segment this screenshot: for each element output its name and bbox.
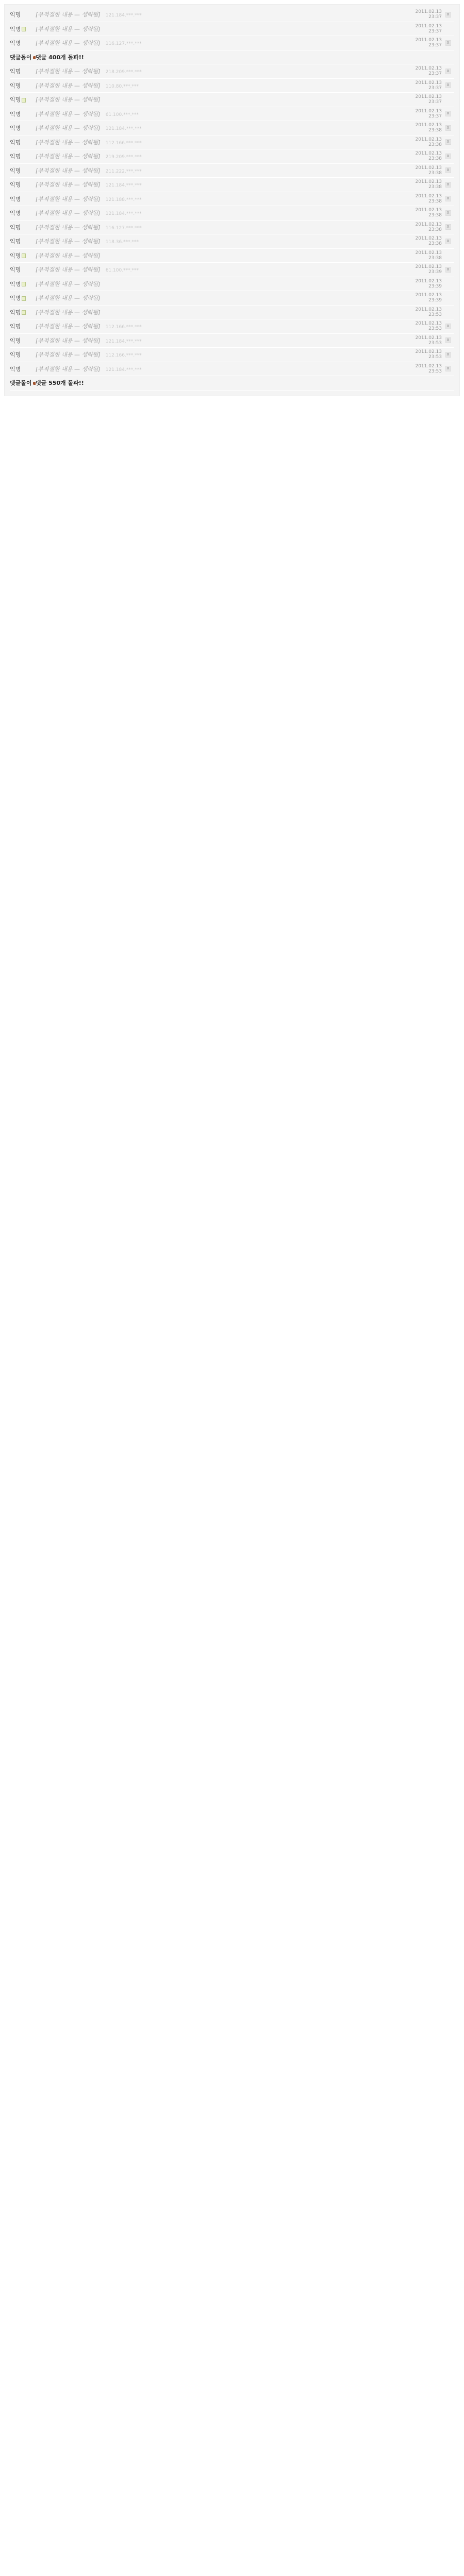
comment-row: 익명[부적절한 내용 — 생략됨]121.188.***.***2011.02.… [10, 192, 454, 207]
comment-body: [부적절한 내용 — 생략됨]116.127.***.*** [36, 223, 411, 231]
comment-date: 2011.02.13 23:53 [411, 335, 442, 346]
milestone-text: 댓글 400개 돌파!! [36, 53, 454, 61]
comment-body: [부적절한 내용 — 생략됨]218.209.***.*** [36, 67, 411, 75]
delete-comment-button[interactable]: x [442, 366, 454, 371]
comment-body: [부적절한 내용 — 생략됨]121.184.***.*** [36, 124, 411, 132]
delete-comment-button[interactable]: x [442, 337, 454, 343]
comment-nickname[interactable]: 익명 [10, 110, 36, 118]
comment-date: 2011.02.13 23:37 [411, 9, 442, 20]
gallog-icon[interactable] [22, 27, 26, 31]
comment-date: 2011.02.13 23:38 [411, 222, 442, 232]
comment-date: 2011.02.13 23:38 [411, 236, 442, 246]
comment-ip: 121.184.***.*** [106, 183, 142, 188]
comment-nickname[interactable]: 익명 [10, 67, 36, 75]
comment-ip: 116.127.***.*** [106, 226, 142, 231]
close-icon[interactable]: x [445, 167, 451, 173]
gallog-icon[interactable] [22, 310, 26, 315]
comment-nickname[interactable]: 익명 [10, 280, 36, 288]
comment-body: [부적절한 내용 — 생략됨]110.80.***.*** [36, 81, 411, 90]
comment-row: 익명[부적절한 내용 — 생략됨]118.36.***.***2011.02.1… [10, 234, 454, 249]
delete-comment-button[interactable]: x [442, 111, 454, 116]
comment-row: 익명[부적절한 내용 — 생략됨]2011.02.13 23:39 [10, 277, 454, 292]
comment-row: 익명[부적절한 내용 — 생략됨]2011.02.13 23:53 [10, 306, 454, 320]
comment-row: 익명[부적절한 내용 — 생략됨]61.100.***.***2011.02.1… [10, 107, 454, 122]
comment-body: [부적절한 내용 — 생략됨] [36, 251, 411, 260]
comment-date: 2011.02.13 23:37 [411, 38, 442, 48]
comment-nickname[interactable]: 익명 [10, 39, 36, 47]
close-icon[interactable]: x [445, 352, 451, 358]
comment-date: 2011.02.13 23:38 [411, 165, 442, 176]
delete-comment-button[interactable]: x [442, 182, 454, 188]
comment-nickname[interactable]: 익명 [10, 365, 36, 373]
comment-date: 2011.02.13 23:53 [411, 364, 442, 374]
comment-ip: 116.127.***.*** [106, 41, 142, 46]
comment-nickname[interactable]: 익명 [10, 336, 36, 345]
comment-date: 2011.02.13 23:37 [411, 66, 442, 76]
comment-nickname[interactable]: 익명 [10, 138, 36, 146]
comment-body: [부적절한 내용 — 생략됨]61.100.***.*** [36, 110, 411, 118]
comment-row: 익명[부적절한 내용 — 생략됨]211.222.***.***2011.02.… [10, 164, 454, 178]
comment-row: 익명[부적절한 내용 — 생략됨]121.184.***.***2011.02.… [10, 206, 454, 221]
comment-nickname[interactable]: 익명 [10, 223, 36, 231]
delete-comment-button[interactable]: x [442, 224, 454, 230]
comment-date: 2011.02.13 23:37 [411, 94, 442, 105]
close-icon[interactable]: x [445, 324, 451, 329]
comment-row: 익명[부적절한 내용 — 생략됨]2011.02.13 23:37 [10, 93, 454, 107]
comment-row: 익명[부적절한 내용 — 생략됨]2011.02.13 23:38 [10, 249, 454, 263]
comment-ip: 121.184.***.*** [106, 367, 142, 372]
comment-body: [부적절한 내용 — 생략됨]121.184.***.*** [36, 209, 411, 217]
comment-milestone-row: 댓글돌이댓글 550개 돌파!! [10, 376, 454, 391]
delete-comment-button[interactable]: x [442, 267, 454, 273]
comment-list: 익명[부적절한 내용 — 생략됨]121.184.***.***2011.02.… [4, 4, 460, 396]
comment-row: 익명[부적절한 내용 — 생략됨]2011.02.13 23:39 [10, 291, 454, 306]
comment-body: [부적절한 내용 — 생략됨]116.127.***.*** [36, 39, 411, 47]
comment-body: [부적절한 내용 — 생략됨]121.184.***.*** [36, 336, 411, 345]
comment-ip: 219.209.***.*** [106, 155, 142, 160]
comment-nickname[interactable]: 익명 [10, 10, 36, 19]
comment-row: 익명[부적절한 내용 — 생략됨]61.100.***.***2011.02.1… [10, 263, 454, 277]
comment-row: 익명[부적절한 내용 — 생략됨]2011.02.13 23:37 [10, 22, 454, 37]
comment-body: [부적절한 내용 — 생략됨]112.166.***.*** [36, 350, 411, 359]
comment-nickname[interactable]: 익명 [10, 350, 36, 359]
comment-date: 2011.02.13 23:38 [411, 151, 442, 161]
comment-nickname[interactable]: 익명 [10, 95, 36, 104]
comment-nickname[interactable]: 익명 [10, 322, 36, 330]
comment-nickname[interactable]: 익명 [10, 195, 36, 203]
close-icon[interactable]: x [445, 337, 451, 343]
comment-nickname[interactable]: 익명 [10, 25, 36, 33]
comment-nickname[interactable]: 익명 [10, 308, 36, 316]
comment-ip: 112.166.***.*** [106, 325, 142, 330]
comment-date: 2011.02.13 23:38 [411, 179, 442, 190]
gallog-icon[interactable] [22, 98, 26, 103]
comment-row: 익명[부적절한 내용 — 생략됨]121.184.***.***2011.02.… [10, 362, 454, 377]
gallog-icon[interactable] [22, 282, 26, 286]
comment-body: [부적절한 내용 — 생략됨]219.209.***.*** [36, 152, 411, 160]
comment-nickname[interactable]: 익명 [10, 166, 36, 175]
comment-row: 익명[부적절한 내용 — 생략됨]121.184.***.***2011.02.… [10, 178, 454, 192]
comment-date: 2011.02.13 23:53 [411, 307, 442, 317]
comment-row: 익명[부적절한 내용 — 생략됨]112.166.***.***2011.02.… [10, 348, 454, 362]
delete-comment-button[interactable]: x [442, 82, 454, 88]
comment-date: 2011.02.13 23:53 [411, 321, 442, 331]
comment-ip: 112.166.***.*** [106, 141, 142, 146]
close-icon[interactable]: x [445, 154, 451, 159]
comment-ip: 61.100.***.*** [106, 112, 139, 117]
close-icon[interactable]: x [445, 267, 451, 273]
delete-comment-button[interactable]: x [442, 324, 454, 329]
comment-date: 2011.02.13 23:53 [411, 349, 442, 360]
comment-date: 2011.02.13 23:38 [411, 250, 442, 261]
milestone-nickname: 댓글돌이 [10, 53, 36, 61]
delete-comment-button[interactable]: x [442, 40, 454, 46]
comment-date: 2011.02.13 23:39 [411, 293, 442, 303]
delete-comment-button[interactable]: x [442, 154, 454, 159]
gallog-icon[interactable] [22, 296, 26, 301]
comment-body: [부적절한 내용 — 생략됨]121.184.***.*** [36, 365, 411, 373]
comment-body: [부적절한 내용 — 생략됨]61.100.***.*** [36, 265, 411, 274]
comment-date: 2011.02.13 23:39 [411, 264, 442, 275]
comment-nickname[interactable]: 익명 [10, 265, 36, 274]
close-icon[interactable]: x [445, 239, 451, 244]
comment-ip: 118.36.***.*** [106, 240, 139, 245]
delete-comment-button[interactable]: x [442, 125, 454, 131]
delete-comment-button[interactable]: x [442, 210, 454, 216]
delete-comment-button[interactable]: x [442, 167, 454, 173]
comment-date: 2011.02.13 23:37 [411, 80, 442, 91]
close-icon[interactable]: x [445, 40, 451, 46]
comment-body: [부적절한 내용 — 생략됨] [36, 308, 411, 316]
comment-body: [부적절한 내용 — 생략됨]121.184.***.*** [36, 10, 411, 19]
comment-milestone-row: 댓글돌이댓글 400개 돌파!! [10, 50, 454, 65]
comment-row: 익명[부적절한 내용 — 생략됨]219.209.***.***2011.02.… [10, 149, 454, 164]
close-icon[interactable]: x [445, 182, 451, 188]
comment-body: [부적절한 내용 — 생략됨]121.188.***.*** [36, 195, 411, 203]
close-icon[interactable]: x [445, 210, 451, 216]
comment-date: 2011.02.13 23:37 [411, 109, 442, 119]
close-icon[interactable]: x [445, 196, 451, 201]
comment-body: [부적절한 내용 — 생략됨]112.166.***.*** [36, 322, 411, 330]
delete-comment-button[interactable]: x [442, 239, 454, 244]
comment-row: 익명[부적절한 내용 — 생략됨]121.184.***.***2011.02.… [10, 8, 454, 22]
close-icon[interactable]: x [445, 366, 451, 371]
comment-date: 2011.02.13 23:38 [411, 208, 442, 218]
delete-comment-button[interactable]: x [442, 352, 454, 358]
close-icon[interactable]: x [445, 12, 451, 18]
comment-nickname[interactable]: 익명 [10, 124, 36, 132]
gallog-icon[interactable] [22, 253, 26, 258]
close-icon[interactable]: x [445, 224, 451, 230]
comment-body: [부적절한 내용 — 생략됨]112.166.***.*** [36, 138, 411, 146]
comment-date: 2011.02.13 23:38 [411, 137, 442, 147]
comment-ip: 121.184.***.*** [106, 126, 142, 131]
comment-date: 2011.02.13 23:39 [411, 279, 442, 289]
comment-nickname[interactable]: 익명 [10, 251, 36, 260]
comment-ip: 121.184.***.*** [106, 339, 142, 344]
comment-ip: 121.184.***.*** [106, 211, 142, 216]
comment-ip: 211.222.***.*** [106, 169, 142, 174]
close-icon[interactable]: x [445, 69, 451, 74]
comment-nickname[interactable]: 익명 [10, 237, 36, 245]
milestone-text: 댓글 550개 돌파!! [36, 379, 454, 387]
comment-row: 익명[부적절한 내용 — 생략됨]110.80.***.***2011.02.1… [10, 79, 454, 93]
comment-ip: 121.188.***.*** [106, 197, 142, 202]
comment-body: [부적절한 내용 — 생략됨]211.222.***.*** [36, 166, 411, 175]
comment-row: 익명[부적절한 내용 — 생략됨]121.184.***.***2011.02.… [10, 121, 454, 135]
close-icon[interactable]: x [445, 139, 451, 145]
delete-comment-button[interactable]: x [442, 12, 454, 18]
comment-date: 2011.02.13 23:38 [411, 194, 442, 204]
comment-nickname[interactable]: 익명 [10, 209, 36, 217]
comment-ip: 121.184.***.*** [106, 13, 142, 18]
comment-ip: 218.209.***.*** [106, 70, 142, 75]
comment-body: [부적절한 내용 — 생략됨] [36, 280, 411, 288]
comment-body: [부적절한 내용 — 생략됨] [36, 294, 411, 302]
comment-nickname[interactable]: 익명 [10, 180, 36, 189]
close-icon[interactable]: x [445, 82, 451, 88]
comment-ip: 112.166.***.*** [106, 353, 142, 358]
comment-nickname[interactable]: 익명 [10, 81, 36, 90]
comment-date: 2011.02.13 23:38 [411, 123, 442, 133]
delete-comment-button[interactable]: x [442, 69, 454, 74]
close-icon[interactable]: x [445, 125, 451, 131]
comment-ip: 110.80.***.*** [106, 84, 139, 89]
comment-row: 익명[부적절한 내용 — 생략됨]112.166.***.***2011.02.… [10, 135, 454, 150]
milestone-nickname: 댓글돌이 [10, 379, 36, 387]
comment-date: 2011.02.13 23:37 [411, 24, 442, 34]
comment-body: [부적절한 내용 — 생략됨] [36, 95, 411, 104]
comment-row: 익명[부적절한 내용 — 생략됨]112.166.***.***2011.02.… [10, 319, 454, 334]
comment-nickname[interactable]: 익명 [10, 152, 36, 160]
close-icon[interactable]: x [445, 111, 451, 116]
comment-row: 익명[부적절한 내용 — 생략됨]116.127.***.***2011.02.… [10, 36, 454, 50]
comment-nickname[interactable]: 익명 [10, 294, 36, 302]
comment-ip: 61.100.***.*** [106, 268, 139, 273]
delete-comment-button[interactable]: x [442, 196, 454, 201]
comment-body: [부적절한 내용 — 생략됨]121.184.***.*** [36, 180, 411, 189]
comment-row: 익명[부적절한 내용 — 생략됨]116.127.***.***2011.02.… [10, 221, 454, 235]
comment-body: [부적절한 내용 — 생략됨]118.36.***.*** [36, 237, 411, 245]
delete-comment-button[interactable]: x [442, 139, 454, 145]
comment-row: 익명[부적절한 내용 — 생략됨]121.184.***.***2011.02.… [10, 334, 454, 348]
comment-row: 익명[부적절한 내용 — 생략됨]218.209.***.***2011.02.… [10, 64, 454, 79]
comment-body: [부적절한 내용 — 생략됨] [36, 25, 411, 33]
